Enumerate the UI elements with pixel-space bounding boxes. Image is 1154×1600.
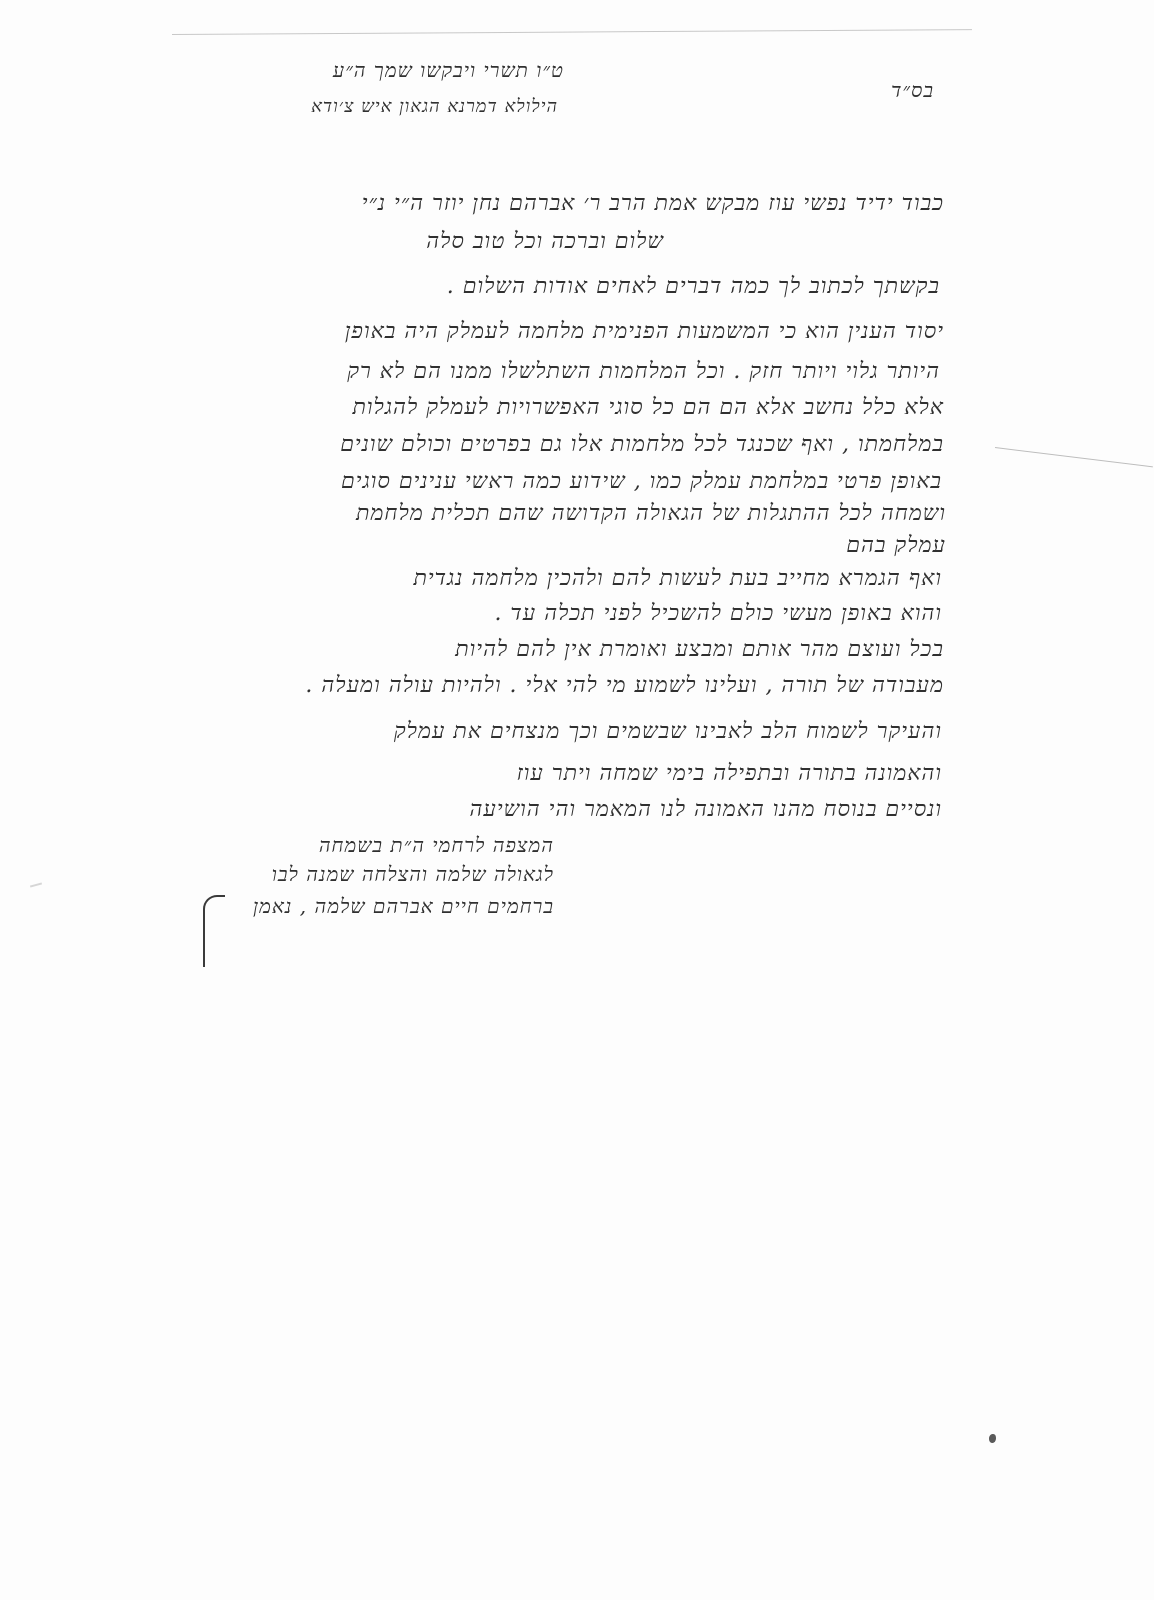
body-line-11: בכל ועוצם מהר אותם ומבצע ואומרת אין להם …: [455, 636, 944, 662]
greeting-line-1: כבוד ידיד נפשי עוז מבקש אמת הרב ר׳ אברהם…: [362, 190, 944, 216]
date-line-1: ט״ו תשרי ויבקשו שמך ה״ע: [333, 58, 564, 83]
ink-dot: [989, 1434, 996, 1443]
right-margin-stroke: [995, 447, 1153, 467]
body-line-7: ושמחה לכל ההתגלות של הגאולה הקדושה שהם ת…: [356, 500, 946, 526]
body-line-10: והוא באופן מעשי כולם להשכיל לפני תכלה עד…: [494, 600, 942, 626]
body-line-12: מעבודה של תורה , ועלינו לשמוע מי להי אלי…: [305, 672, 944, 698]
closing-line-1: המצפה לרחמי ה״ת בשמחה: [319, 833, 554, 858]
body-line-8: עמלק בהם: [846, 532, 946, 558]
top-ruled-line: [172, 29, 972, 35]
body-line-5: במלחמתו , ואף שכנגד לכל מלחמות אלו גם בפ…: [340, 431, 944, 457]
body-line-3: היותר גלוי ויותר חזק . וכל המלחמות השתלש…: [347, 358, 940, 384]
signature-line: ברחמים חיים אברהם שלמה , נאמן: [253, 894, 554, 919]
signature-flourish: [203, 895, 225, 967]
greeting-line-2: שלום וברכה וכל טוב סלה: [426, 228, 664, 254]
body-line-15: ונסיים בנוסח מהנו האמונה לנו המאמר והי ה…: [469, 796, 942, 822]
body-line-14: והאמונה בתורה ובתפילה בימי שמחה ויתר עוז: [517, 760, 942, 786]
left-margin-speck: [30, 882, 42, 887]
date-line-2: הילולא דמרנא הגאון איש צ׳ודא: [311, 96, 558, 117]
scanned-letter-page: בס״ד ט״ו תשרי ויבקשו שמך ה״ע הילולא דמרנ…: [0, 0, 1154, 1600]
body-line-2: יסוד הענין הוא כי המשמעות הפנימית מלחמה …: [345, 318, 944, 344]
corner-mark: בס״ד: [891, 78, 934, 103]
body-line-9: ואף הגמרא מחייב בעת לעשות להם ולהכין מלח…: [414, 565, 943, 591]
body-line-4: אלא כלל נחשב אלא הם הם כל סוגי האפשרויות…: [352, 394, 944, 420]
body-line-1: בקשתך לכתוב לך כמה דברים לאחים אודות השל…: [447, 273, 940, 299]
body-line-6: באופן פרטי במלחמת עמלק כמו , שידוע כמה ר…: [341, 468, 942, 494]
closing-line-2: לגאולה שלמה והצלחה שמנה לבו: [272, 862, 554, 887]
body-line-13: והעיקר לשמוח הלב לאבינו שבשמים וכך מנצחי…: [394, 718, 942, 744]
